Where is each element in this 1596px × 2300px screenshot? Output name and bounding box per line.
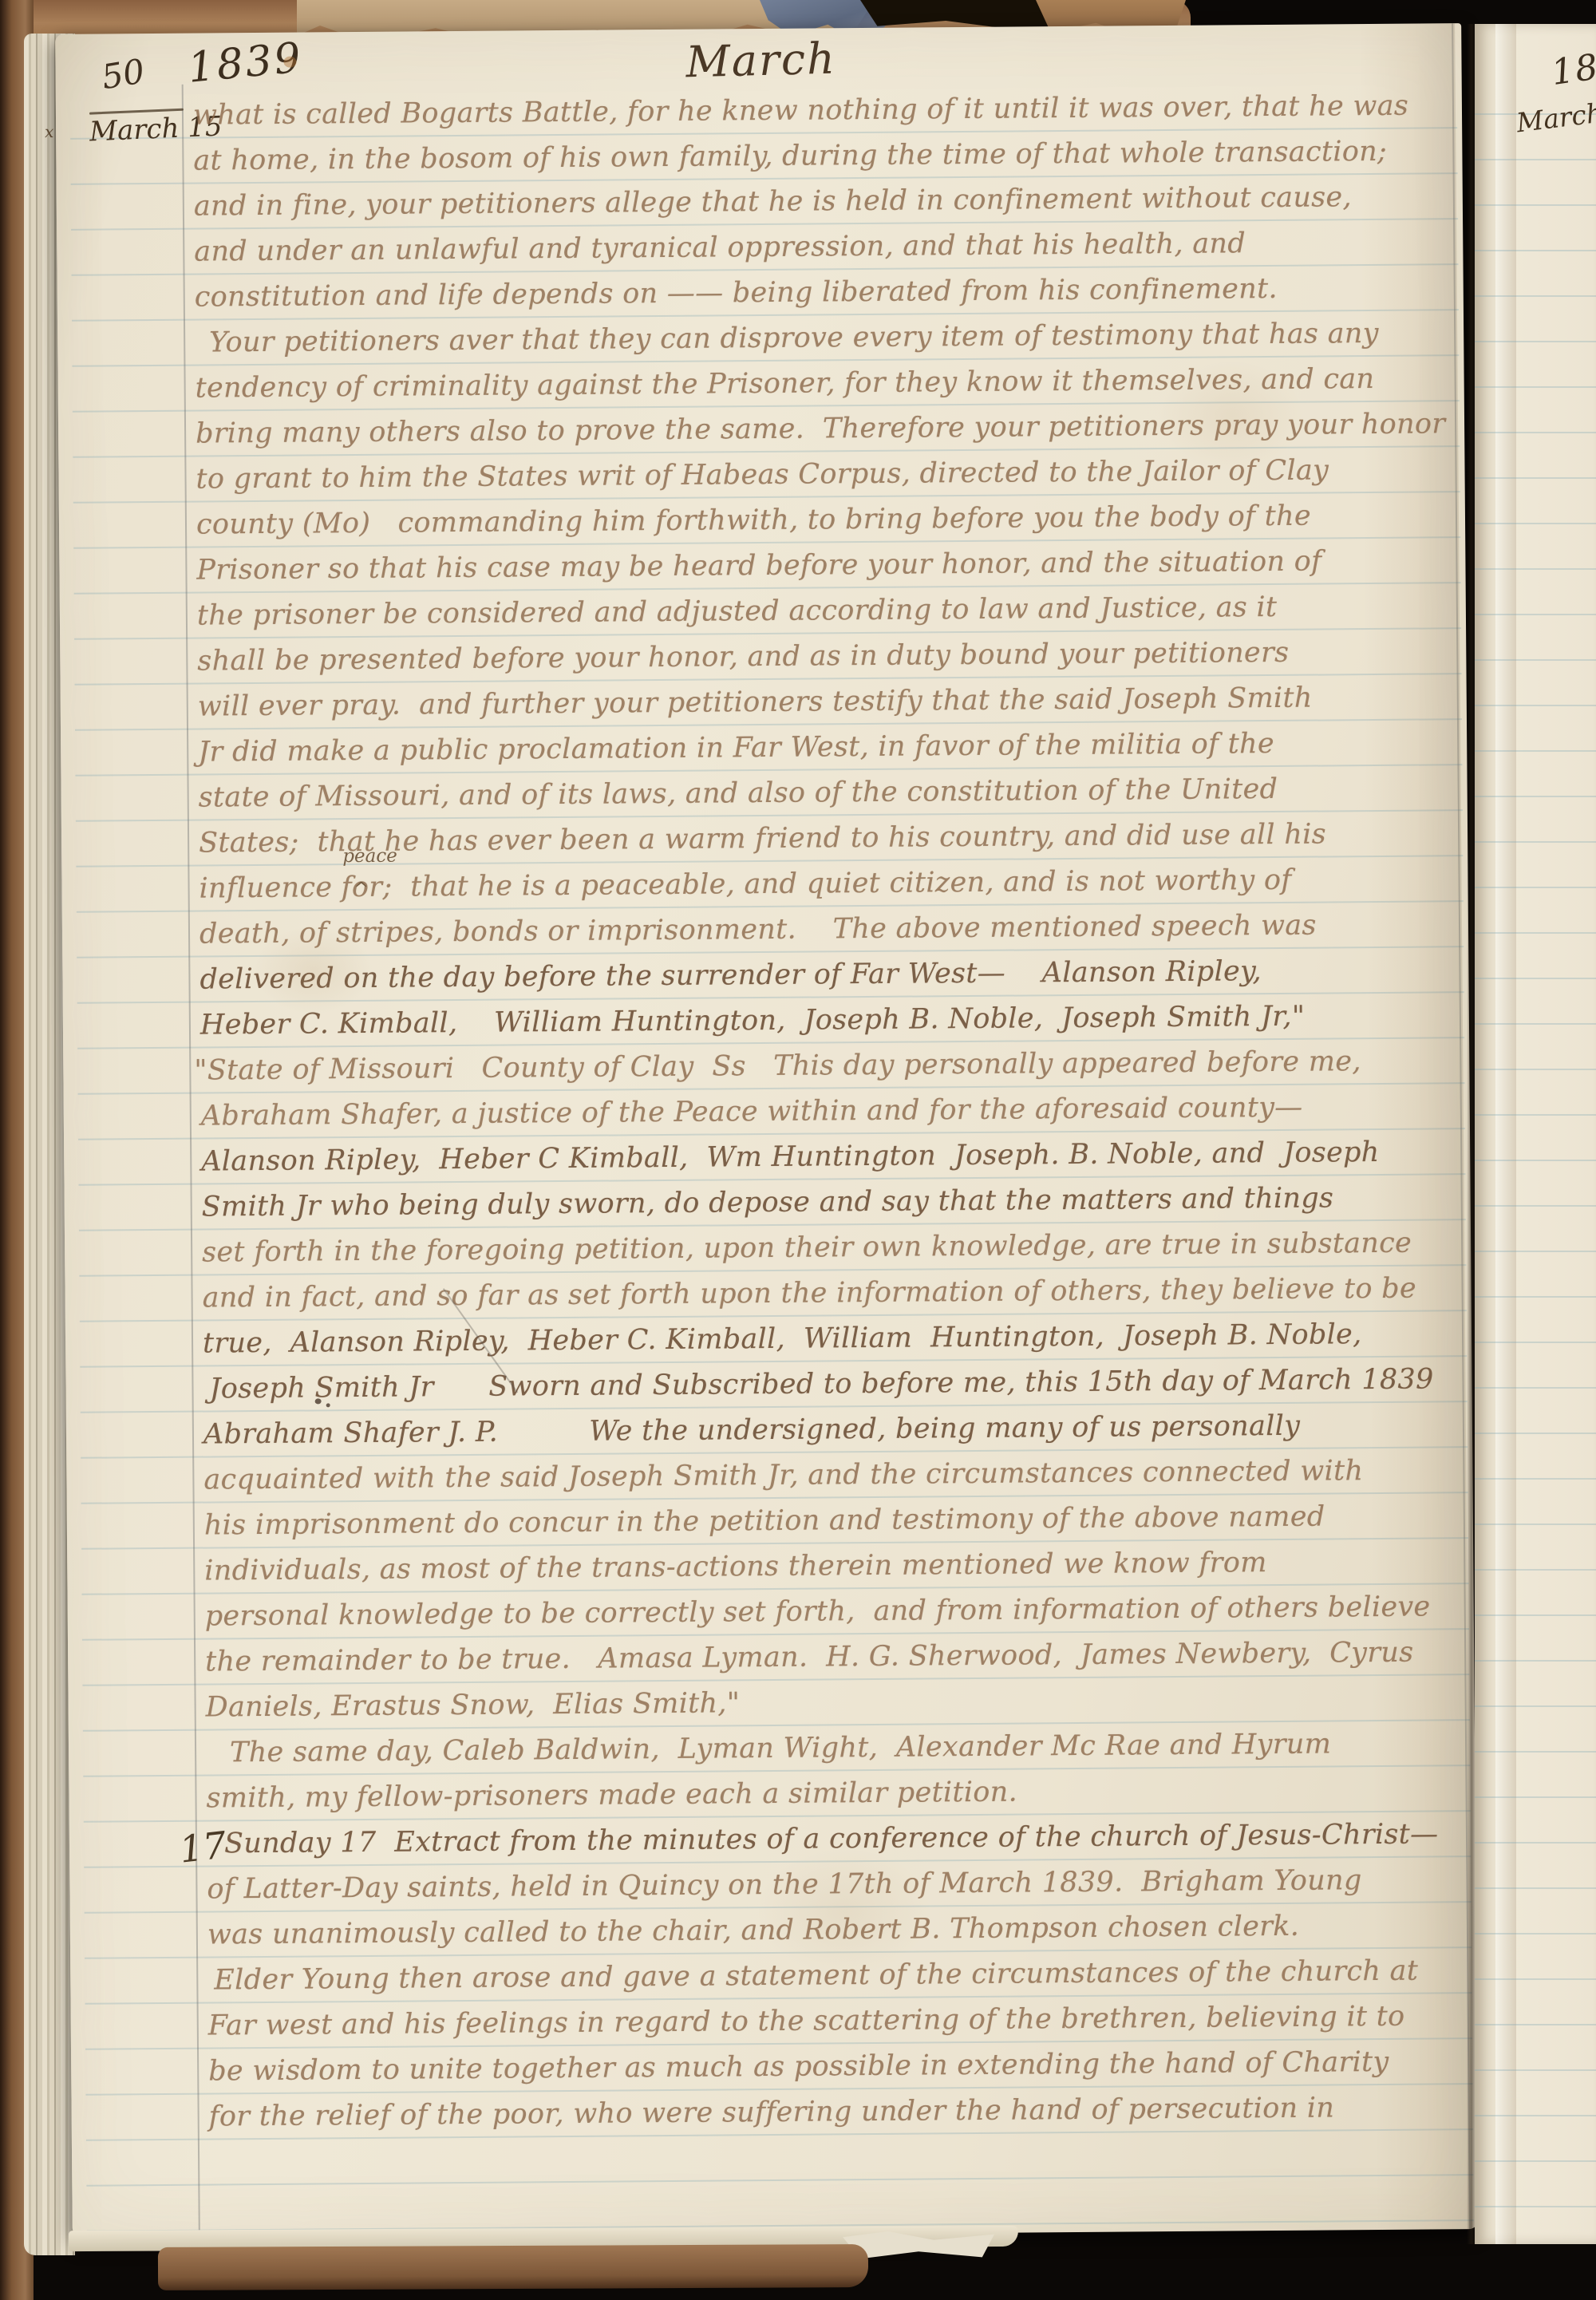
manuscript-line: "State of Missouri County of Clay Ss Thi… — [194, 1048, 1361, 1085]
ruled-line — [1475, 1387, 1596, 1389]
adjacent-page-crease — [1495, 24, 1516, 2244]
manuscript-line: state of Missouri, and of its laws, and … — [199, 776, 1278, 812]
ruled-line — [1475, 432, 1596, 433]
ruled-line — [1475, 1251, 1596, 1252]
manuscript-line: and in fact, and so far as set forth upo… — [202, 1275, 1416, 1313]
ruled-line — [1475, 204, 1596, 206]
ruled-line — [1475, 1751, 1596, 1753]
ruled-line — [1475, 1069, 1596, 1070]
ruled-line — [1475, 2069, 1596, 2071]
manuscript-line: Smith Jr who being duly sworn, do depose… — [202, 1184, 1334, 1221]
ruled-line — [1475, 1842, 1596, 1844]
paper-stain — [756, 1847, 932, 1976]
manuscript-line: death, of stripes, bonds or imprisonment… — [199, 912, 1317, 949]
ruled-line — [1475, 1478, 1596, 1480]
ink-dot — [315, 1398, 322, 1404]
manuscript-line: Abraham Shafer, a justice of the Peace w… — [201, 1094, 1303, 1131]
ruled-line — [1475, 1023, 1596, 1025]
ruled-line — [1475, 295, 1596, 297]
manuscript-line: personal knowledge to be correctly set f… — [205, 1593, 1431, 1630]
manuscript-line: the prisoner be considered and adjusted … — [197, 594, 1278, 630]
manuscript-line: Alanson Ripley, Heber C Kimball, Wm Hunt… — [201, 1139, 1380, 1176]
ruled-line — [1475, 568, 1596, 570]
manuscript-line: smith, my fellow-prisoners made each a s… — [206, 1779, 1017, 1813]
adjacent-margin-fragment: March 1 — [1515, 94, 1596, 139]
bottom-leather-edge — [158, 2244, 868, 2290]
manuscript-line: to grant to him the States writ of Habea… — [196, 456, 1329, 493]
ruled-line — [1475, 1160, 1596, 1161]
ruled-line — [1475, 1523, 1596, 1525]
manuscript-line: Abraham Shafer J. P. We the undersigned,… — [203, 1413, 1301, 1449]
ruled-line — [1475, 887, 1596, 888]
manuscript-line: Heber C. Kimball, William Huntington, Jo… — [200, 1003, 1306, 1040]
manuscript-line: Daniels, Erastus Snow, Elias Smith," — [206, 1689, 741, 1721]
manuscript-line: was unanimously called to the chair, and… — [207, 1913, 1299, 1950]
manuscript-line: Joseph Smith Jr Sworn and Subscribed to … — [209, 1365, 1433, 1403]
page-gap-shadow — [1467, 24, 1475, 2244]
ruled-line — [1475, 614, 1596, 615]
manuscript-line: Jr did make a public proclamation in Far… — [198, 730, 1274, 767]
page-header-month: March — [685, 34, 837, 88]
ruled-line — [1475, 2206, 1596, 2207]
ruled-line — [1475, 477, 1596, 479]
margin-rule-left — [182, 85, 200, 2231]
ruled-line — [1475, 250, 1596, 251]
manuscript-line: his imprisonment do concur in the petiti… — [204, 1504, 1325, 1540]
ruled-line — [1475, 1796, 1596, 1798]
ruled-line — [1475, 341, 1596, 342]
manuscript-line: what is called Bogarts Battle, for he kn… — [193, 93, 1408, 130]
manuscript-line: will ever pray. and further your petitio… — [198, 685, 1313, 721]
ruled-line — [1475, 659, 1596, 661]
ruled-line — [1475, 2024, 1596, 2025]
manuscript-line: for the relief of the poor, who were suf… — [209, 2094, 1335, 2131]
ruled-line — [1475, 1569, 1596, 1571]
ruled-line — [86, 2174, 1473, 2187]
ruled-line — [1475, 1205, 1596, 1207]
ruled-line — [1475, 978, 1596, 979]
manuscript-line: Your petitioners aver that they can disp… — [209, 320, 1379, 358]
manuscript-line: true, Alanson Ripley, Heber C. Kimball, … — [203, 1321, 1362, 1357]
rust-spot — [283, 57, 296, 68]
manuscript-line: and under an unlawful and tyranical oppr… — [194, 230, 1246, 266]
manuscript-page: March 50 1839 x March 15 17 what is call… — [55, 23, 1479, 2240]
ruled-line — [1475, 1660, 1596, 1662]
ruled-line — [1475, 159, 1596, 160]
adjacent-year-fragment: 183 — [1549, 43, 1596, 93]
ruled-line — [1475, 796, 1596, 797]
margin-entry-number: 17 — [177, 1823, 228, 1871]
photo-backdrop: { "page": { "header_month": "March", "pa… — [0, 0, 1596, 2300]
ruled-line — [1475, 1887, 1596, 1889]
manuscript-line: county (Mo) commanding him forthwith, to… — [196, 503, 1311, 539]
ruled-line — [1475, 1296, 1596, 1298]
manuscript-line: individuals, as most of the trans-action… — [204, 1549, 1267, 1585]
manuscript-line: The same day, Caleb Baldwin, Lyman Wight… — [230, 1730, 1331, 1767]
manuscript-line: at home, in the bosom of his own family,… — [193, 138, 1387, 176]
page-number: 50 — [99, 51, 148, 97]
manuscript-line: Prisoner so that his case may be heard b… — [196, 548, 1321, 585]
ruled-line — [1475, 1433, 1596, 1434]
manuscript-line: acquainted with the said Joseph Smith Jr… — [203, 1457, 1363, 1494]
ruled-line — [1475, 2160, 1596, 2162]
ruled-line — [1475, 1978, 1596, 1980]
manuscript-line: and in fine, your petitioners allege tha… — [194, 184, 1352, 220]
paper-stain — [1159, 360, 1303, 472]
ruled-line — [1475, 2115, 1596, 2116]
ruled-line — [1475, 1342, 1596, 1343]
manuscript-line: Far west and his feelings in regard to t… — [208, 2003, 1405, 2041]
ruled-line — [1475, 523, 1596, 524]
ruled-line — [1475, 750, 1596, 752]
ruled-line — [1475, 1933, 1596, 1934]
ruled-line — [1475, 705, 1596, 706]
insertion-caret: ^ — [354, 879, 369, 899]
page-crease — [1359, 23, 1472, 2230]
manuscript-line: be wisdom to unite together as much as p… — [208, 2049, 1389, 2086]
interlinear-insertion: peace — [342, 846, 397, 867]
margin-mark: x — [45, 122, 53, 141]
adjacent-page-edge: 183 March 1 — [1475, 24, 1596, 2244]
manuscript-line: the remainder to be true. Amasa Lyman. H… — [205, 1639, 1414, 1677]
ruled-line — [1475, 932, 1596, 934]
ruled-line — [1475, 1614, 1596, 1616]
ruled-line — [1475, 1114, 1596, 1116]
manuscript-line: set forth in the foregoing petition, upo… — [202, 1230, 1412, 1267]
ruled-line — [1475, 841, 1596, 843]
ink-dot — [326, 1403, 330, 1407]
manuscript-line: constitution and life depends on —— bein… — [195, 275, 1278, 312]
manuscript-line: shall be presented before your honor, an… — [197, 639, 1289, 676]
ruled-line — [1475, 386, 1596, 388]
ruled-line — [1475, 1705, 1596, 1707]
